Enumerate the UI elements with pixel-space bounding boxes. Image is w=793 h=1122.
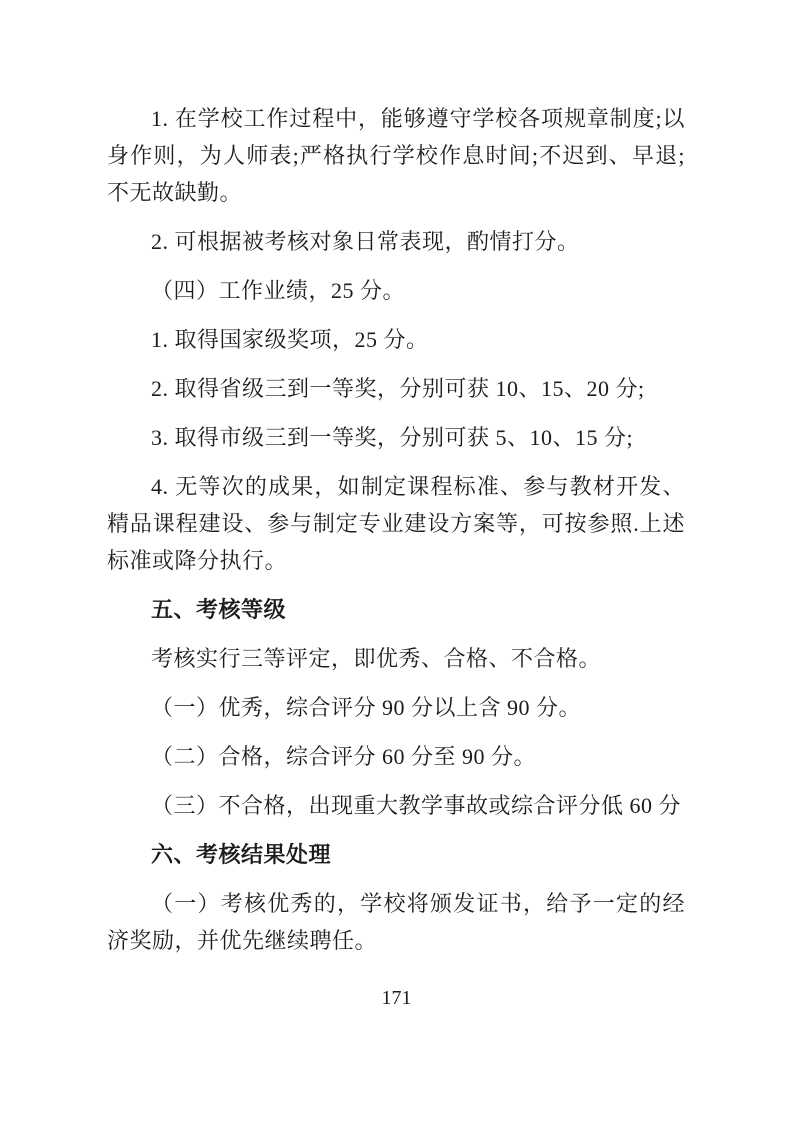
section-heading: 六、考核结果处理 — [107, 836, 685, 873]
paragraph: 1. 在学校工作过程中，能够遵守学校各项规章制度;以身作则，为人师表;严格执行学… — [107, 100, 685, 211]
paragraph: 2. 可根据被考核对象日常表现，酌情打分。 — [107, 223, 685, 260]
document-body: 1. 在学校工作过程中，能够遵守学校各项规章制度;以身作则，为人师表;严格执行学… — [107, 100, 685, 971]
page-footer: 171 — [0, 986, 793, 1010]
paragraph: （一）考核优秀的，学校将颁发证书，给予一定的经济奖励，并优先继续聘任。 — [107, 885, 685, 959]
paragraph: （三）不合格，出现重大教学事故或综合评分低 60 分 — [107, 787, 685, 824]
document-page: 1. 在学校工作过程中，能够遵守学校各项规章制度;以身作则，为人师表;严格执行学… — [0, 0, 793, 1122]
paragraph: （四）工作业绩，25 分。 — [107, 272, 685, 309]
paragraph: 4. 无等次的成果，如制定课程标准、参与教材开发、精品课程建设、参与制定专业建设… — [107, 468, 685, 579]
paragraph: 3. 取得市级三到一等奖，分别可获 5、10、15 分; — [107, 419, 685, 456]
paragraph: 考核实行三等评定，即优秀、合格、不合格。 — [107, 640, 685, 677]
paragraph: 2. 取得省级三到一等奖，分别可获 10、15、20 分; — [107, 370, 685, 407]
paragraph: （一）优秀，综合评分 90 分以上含 90 分。 — [107, 689, 685, 726]
paragraph: （二）合格，综合评分 60 分至 90 分。 — [107, 738, 685, 775]
section-heading: 五、考核等级 — [107, 591, 685, 628]
paragraph: 1. 取得国家级奖项，25 分。 — [107, 321, 685, 358]
page-number: 171 — [382, 987, 412, 1009]
